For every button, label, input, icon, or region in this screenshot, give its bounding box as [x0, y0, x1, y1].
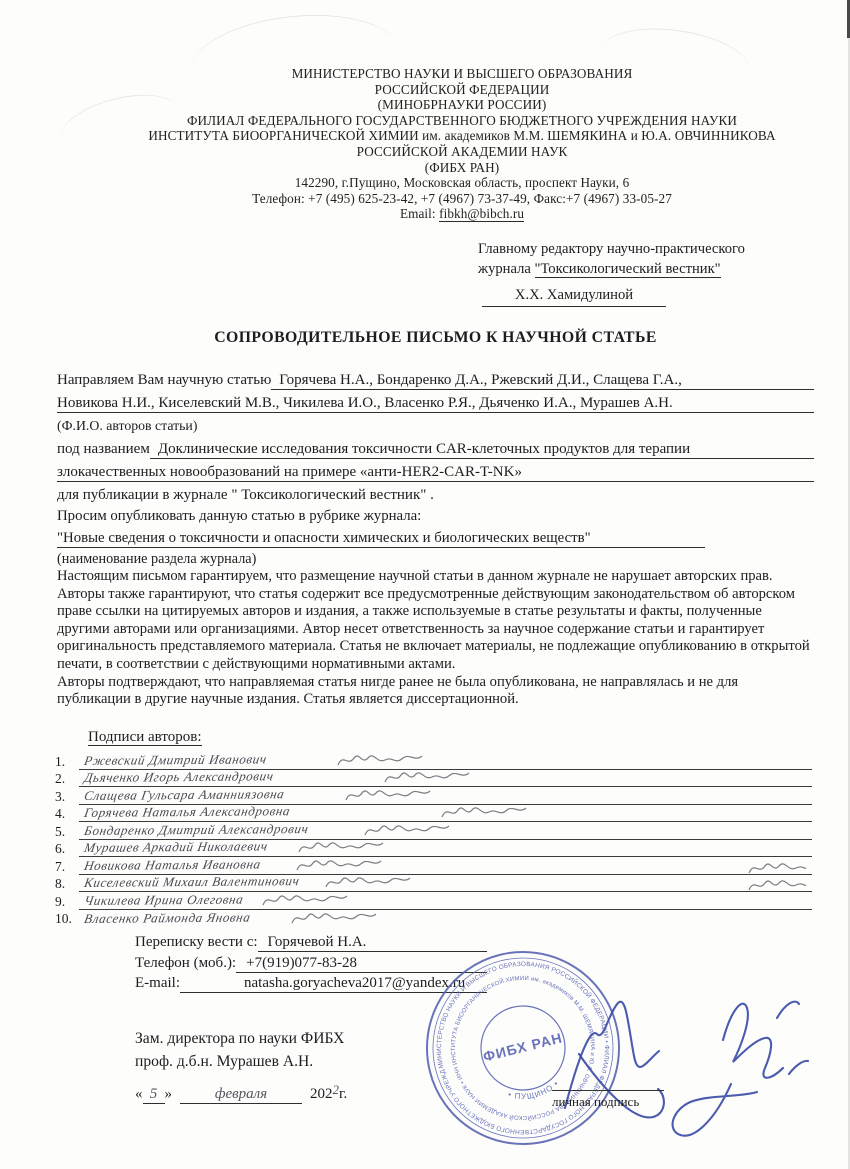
authors-line1: Горячева Н.А., Бондаренко Д.А., Ржевский… [279, 372, 682, 388]
letterhead-line: РОССИЙСКОЙ АКАДЕМИИ НАУК [90, 144, 834, 160]
addressee-journal-prefix: журнала [478, 261, 535, 277]
signature-number: 1. [55, 754, 79, 770]
correspond-value: Горячевой Н.А. [268, 934, 367, 950]
signature-number: 3. [55, 789, 79, 805]
addressee-journal-name: "Токсикологический вестник" [535, 261, 721, 278]
date-year-handwritten-digit: 2 [333, 1082, 340, 1098]
date-suffix: г. [339, 1086, 347, 1103]
signature-number: 9. [55, 894, 79, 910]
rubric-block: Просим опубликовать данную статью в рубр… [57, 508, 814, 573]
journal-publication-line: для публикации в журнале " Токсикологиче… [57, 487, 814, 510]
letterhead-address: 142290, г.Пущино, Московская область, пр… [90, 175, 834, 191]
handwritten-name: Власенко Раймонда Яновна [79, 910, 252, 927]
letterhead-line: ИНСТИТУТА БИООРГАНИЧЕСКОЙ ХИМИИ им. акад… [90, 128, 834, 144]
date-year: 202 [310, 1086, 333, 1103]
email-label: E-mail: [135, 975, 180, 992]
addressee-line2: журнала "Токсикологический вестник" [478, 260, 814, 280]
signatures-heading: Подписи авторов: [88, 729, 202, 746]
letterhead-line: МИНИСТЕРСТВО НАУКИ И ВЫСШЕГО ОБРАЗОВАНИЯ [90, 66, 834, 82]
submission-block: Направляем Вам научную статью Горячева Н… [57, 372, 814, 510]
signature-row: 10. Власенко Раймонда Яновна [55, 910, 812, 928]
date-open-quote: « [135, 1086, 143, 1103]
date-line: «5»февраля2022 г. [135, 1086, 347, 1104]
letterhead-email-line: Email: fibkh@bibch.ru [90, 206, 834, 222]
signature-number: 10. [55, 911, 79, 927]
confirmation-paragraph: Авторы подтверждают, что направляемая ст… [57, 674, 814, 709]
letterhead-line: ФИЛИАЛ ФЕДЕРАЛЬНОГО ГОСУДАРСТВЕННОГО БЮД… [90, 113, 834, 129]
addressee-block: Главному редактору научно-практического … [478, 240, 814, 307]
article-title-line1: Доклинические исследования токсичности C… [158, 441, 690, 457]
signature-number: 8. [55, 876, 79, 892]
personal-signature-caption: личная подпись [552, 1090, 664, 1110]
send-label: Направляем Вам научную статью [57, 372, 271, 389]
date-month-handwritten: февраля [180, 1086, 302, 1104]
signatures-heading-text: Подписи авторов: [88, 729, 202, 746]
signature-number: 4. [55, 806, 79, 822]
correspond-label: Переписку вести с: [135, 934, 258, 951]
letterhead-line: (ФИБХ РАН) [90, 160, 834, 176]
guarantee-paragraphs: Настоящим письмом гарантируем, что разме… [57, 568, 814, 709]
personal-ink-signatures [545, 988, 835, 1158]
phone-value: +7(919)077-83-28 [246, 955, 357, 971]
article-title-label: под названием [57, 441, 150, 458]
scanned-cover-letter-page: МИНИСТЕРСТВО НАУКИ И ВЫСШЕГО ОБРАЗОВАНИЯ… [0, 0, 850, 1169]
signature-number: 5. [55, 824, 79, 840]
addressee-line1: Главному редактору научно-практического [478, 240, 814, 260]
document-title: СОПРОВОДИТЕЛЬНОЕ ПИСЬМО К НАУЧНОЙ СТАТЬЕ [57, 329, 814, 347]
signer-block: Зам. директора по науки ФИБХ проф. д.б.н… [135, 1027, 344, 1073]
signature-number: 6. [55, 841, 79, 857]
authors-caption: (Ф.И.О. авторов статьи) [57, 418, 814, 441]
rubric-request: Просим опубликовать данную статью в рубр… [57, 508, 814, 530]
article-title-line2: злокачественных новообразований на приме… [57, 464, 522, 480]
phone-label: Телефон (моб.): [135, 955, 236, 972]
letterhead-line: (МИНОБРНАУКИ РОССИИ) [90, 97, 834, 113]
author-signatures-list: 1. Ржевский Дмитрий Иванович 2. Дьяченко… [55, 752, 812, 927]
rubric-value: "Новые сведения о токсичности и опасност… [57, 530, 591, 546]
handwritten-name: Чикилева Ирина Олеговна [79, 891, 245, 908]
date-close-quote: » [165, 1086, 173, 1103]
editor-name: Х.Х. Хамидулиной [482, 286, 666, 307]
signer-name: проф. д.б.н. Мурашев А.Н. [135, 1050, 344, 1073]
signer-position: Зам. директора по науки ФИБХ [135, 1027, 344, 1050]
signature-number: 2. [55, 771, 79, 787]
signature-number: 7. [55, 859, 79, 875]
letterhead-email-label: Email: [400, 206, 439, 221]
letterhead-email: fibkh@bibch.ru [439, 206, 524, 222]
letterhead: МИНИСТЕРСТВО НАУКИ И ВЫСШЕГО ОБРАЗОВАНИЯ… [90, 66, 834, 222]
date-day-handwritten: 5 [143, 1086, 165, 1104]
addressee-editor: Х.Х. Хамидулиной [478, 286, 814, 307]
letterhead-line: РОССИЙСКОЙ ФЕДЕРАЦИИ [90, 82, 834, 98]
guarantee-paragraph: Настоящим письмом гарантируем, что разме… [57, 568, 814, 674]
authors-line2: Новикова Н.И., Киселевский М.В., Чикилев… [57, 395, 673, 411]
letterhead-phone: Телефон: +7 (495) 625-23-42, +7 (4967) 7… [90, 191, 834, 207]
